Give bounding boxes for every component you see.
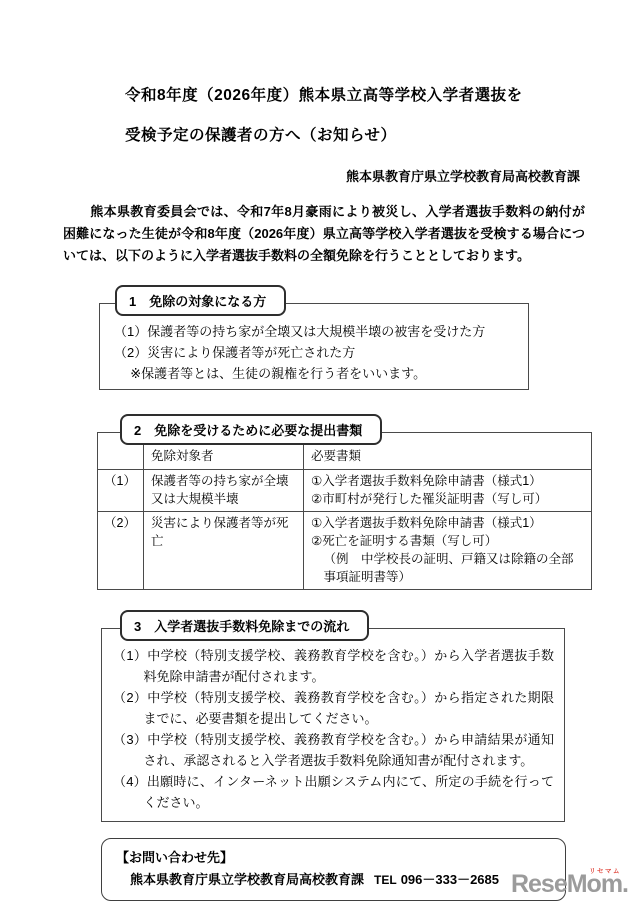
title-line-1: 令和8年度（2026年度）熊本県立高等学校入学者選抜を (125, 76, 590, 116)
document-title: 令和8年度（2026年度）熊本県立高等学校入学者選抜を 受検予定の保護者の方へ（… (125, 76, 590, 156)
issuing-department: 熊本県教育庁県立学校教育局高校教育課 (0, 166, 580, 185)
resemom-logo-ruby: リセマム (589, 869, 621, 876)
section1-body: （1）保護者等の持ち家が全壊又は大規模半壊の被害を受けた方 （2）災害により保護… (99, 303, 529, 390)
row1-docs: ①入学者選抜手数料免除申請書（様式1） ②市町村が発行した罹災証明書（写し可） (304, 470, 592, 512)
section-exemption-targets: 1 免除の対象になる方 （1）保護者等の持ち家が全壊又は大規模半壊の被害を受けた… (99, 285, 640, 390)
row2-doc-1: ①入学者選抜手数料免除申請書（様式1） (311, 514, 585, 532)
flow-step-4: （4）出願時に、インターネット出願システム内にて、所定の手続を行ってください。 (113, 771, 554, 813)
flow-step-1: （1）中学校（特別支援学校、義務教育学校を含む。）から入学者選抜手数料免除申請書… (113, 645, 554, 687)
section1-note: ※保護者等とは、生徒の親権を行う者をいいます。 (114, 363, 516, 384)
section2-heading: 2 免除を受けるために必要な提出書類 (120, 414, 382, 445)
contact-label: 【お問い合わせ先】 (116, 847, 551, 869)
row2-target: 災害により保護者等が死亡 (144, 512, 304, 590)
section3-heading: 3 入学者選抜手数料免除までの流れ (120, 610, 369, 641)
section-procedure-flow: 3 入学者選抜手数料免除までの流れ （1）中学校（特別支援学校、義務教育学校を含… (101, 610, 640, 822)
row1-doc-2: ②市町村が発行した罹災証明書（写し可） (311, 490, 585, 508)
resemom-logo: ReseMom. リセマム (511, 872, 628, 897)
row1-number: （1） (98, 470, 144, 512)
contact-office-line: 熊本県教育庁県立学校教育局高校教育課TEL096－333－2685 (116, 869, 551, 891)
tel-number: 096－333－2685 (401, 872, 499, 887)
flow-step-2: （2）中学校（特別支援学校、義務教育学校を含む。）から指定された期限までに、必要… (113, 687, 554, 729)
contact-box: 【お問い合わせ先】 熊本県教育庁県立学校教育局高校教育課TEL096－333－2… (101, 838, 566, 901)
row2-number: （2） (98, 512, 144, 590)
flow-step-3: （3）中学校（特別支援学校、義務教育学校を含む。）から申請結果が通知され、承認さ… (113, 729, 554, 771)
section1-item-2: （2）災害により保護者等が死亡された方 (114, 342, 516, 363)
table-row: （1） 保護者等の持ち家が全壊又は大規模半壊 ①入学者選抜手数料免除申請書（様式… (98, 470, 592, 512)
row1-doc-1: ①入学者選抜手数料免除申請書（様式1） (311, 472, 585, 490)
section1-heading: 1 免除の対象になる方 (115, 285, 286, 316)
section1-item-1: （1）保護者等の持ち家が全壊又は大規模半壊の被害を受けた方 (114, 321, 516, 342)
tel-mark: TEL (364, 873, 401, 887)
table-row: （2） 災害により保護者等が死亡 ①入学者選抜手数料免除申請書（様式1） ②死亡… (98, 512, 592, 590)
row2-docs: ①入学者選抜手数料免除申請書（様式1） ②死亡を証明する書類（写し可） （例 中… (304, 512, 592, 590)
notice-document: 令和8年度（2026年度）熊本県立高等学校入学者選抜を 受検予定の保護者の方へ（… (0, 0, 640, 905)
row1-target: 保護者等の持ち家が全壊又は大規模半壊 (144, 470, 304, 512)
row2-doc-example: （例 中学校長の証明、戸籍又は除籍の全部事項証明書等） (311, 550, 585, 586)
row2-doc-2: ②死亡を証明する書類（写し可） (311, 532, 585, 550)
section-required-documents: 2 免除を受けるために必要な提出書類 免除対象者 必要書類 （1） 保護者等の持… (97, 414, 640, 590)
section3-body: （1）中学校（特別支援学校、義務教育学校を含む。）から入学者選抜手数料免除申請書… (101, 628, 565, 822)
contact-office: 熊本県教育庁県立学校教育局高校教育課 (130, 872, 364, 887)
title-line-2: 受検予定の保護者の方へ（お知らせ） (125, 116, 590, 156)
required-documents-table: 免除対象者 必要書類 （1） 保護者等の持ち家が全壊又は大規模半壊 ①入学者選抜… (97, 432, 592, 590)
intro-paragraph: 熊本県教育委員会では、令和7年8月豪雨により被災し、入学者選抜手数料の納付が困難… (63, 201, 585, 267)
